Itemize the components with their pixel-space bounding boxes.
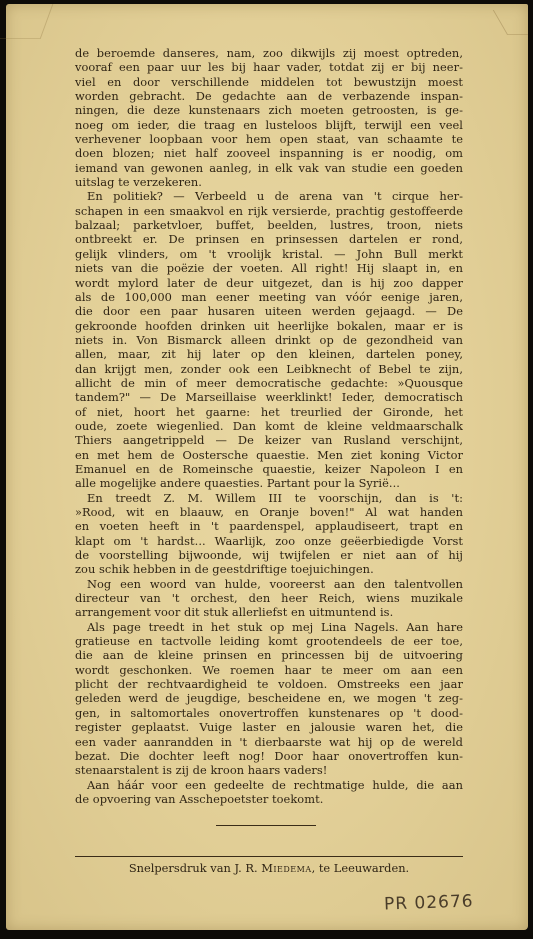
text-line: die door een paar husaren uiteen werden … bbox=[75, 304, 463, 318]
text-line: plicht der rechtvaardigheid te voldoen. … bbox=[75, 677, 463, 691]
text-line: iemand van gewonen aanleg, in elk vak va… bbox=[75, 161, 463, 175]
text-line: bezat. Die dochter leeft nog! Door haar … bbox=[75, 749, 463, 763]
text-line: niets in. Von Bismarck alleen drinkt op … bbox=[75, 333, 463, 347]
imprint-printer-name: Miedema bbox=[261, 861, 311, 875]
paragraph: Als page treedt in het stuk op mej Lina … bbox=[75, 620, 463, 778]
text-line: ontbreekt er. De prinsen en prinsessen d… bbox=[75, 232, 463, 246]
text-line: Emanuel en de Romeinsche quaestie, keize… bbox=[75, 462, 463, 476]
text-line: de voorstelling bijwoonde, wij twijfelen… bbox=[75, 548, 463, 562]
text-line: gekroonde hoofden drinken uit heerlijke … bbox=[75, 319, 463, 333]
text-line: oude, zoete wiegenlied. Dan komt de klei… bbox=[75, 419, 463, 433]
text-line: en voeten heeft in 't paardenspel, appla… bbox=[75, 519, 463, 533]
text-line: viel en door verschillende middelen tot … bbox=[75, 75, 463, 89]
text-line: Als page treedt in het stuk op mej Lina … bbox=[75, 620, 463, 634]
text-line: register geplaatst. Vuige laster en jalo… bbox=[75, 720, 463, 734]
text-line: stenaarstalent is zij de kroon haars vad… bbox=[75, 763, 463, 777]
paragraph: de beroemde danseres, nam, zoo dikwijls … bbox=[75, 46, 463, 189]
handwritten-shelfmark: PR 02676 bbox=[384, 891, 474, 914]
text-line: wordt geschonken. We roemen haar te meer… bbox=[75, 663, 463, 677]
body-text-column: de beroemde danseres, nam, zoo dikwijls … bbox=[75, 46, 463, 806]
paragraph: Aan háár voor een gedeelte de rechtmatig… bbox=[75, 778, 463, 807]
text-line: arrangement voor dit stuk allerliefst en… bbox=[75, 605, 463, 619]
text-line: die aan de kleine prinsen en princessen … bbox=[75, 648, 463, 662]
text-line: Thiers aangetrippeld — De keizer van Rus… bbox=[75, 433, 463, 447]
text-line: balzaal; parketvloer, buffet, beelden, l… bbox=[75, 218, 463, 232]
text-line: zou schik hebben in de geestdriftige toe… bbox=[75, 562, 463, 576]
text-line: en met hem de Oostersche quaestie. Men z… bbox=[75, 448, 463, 462]
text-line: schapen in een smaakvol en rijk versierd… bbox=[75, 204, 463, 218]
text-line: uitslag te verzekeren. bbox=[75, 175, 463, 189]
text-line: de opvoering van Asschepoetster toekomt. bbox=[75, 792, 463, 806]
text-line: gen, in saltomortales onovertroffen kuns… bbox=[75, 706, 463, 720]
imprint-suffix: , te Leeuwarden. bbox=[312, 861, 410, 875]
imprint-divider-rule bbox=[75, 856, 463, 857]
text-line: dan krijgt men, zonder ook een Leibknech… bbox=[75, 362, 463, 376]
paragraph: En treedt Z. M. Willem III te voorschijn… bbox=[75, 491, 463, 577]
text-line: wordt mylord later de deur uitgezet, dan… bbox=[75, 276, 463, 290]
text-line: gratieuse en tactvolle leiding komt groo… bbox=[75, 634, 463, 648]
text-line: noeg om ieder, die traag en lusteloos bl… bbox=[75, 118, 463, 132]
text-line: directeur van 't orchest, den heer Reich… bbox=[75, 591, 463, 605]
text-line: allicht de min of meer democratische ged… bbox=[75, 376, 463, 390]
text-line: »Rood, wit en blaauw, en Oranje boven!" … bbox=[75, 505, 463, 519]
text-line: alle mogelijke andere quaesties. Partant… bbox=[75, 476, 463, 490]
text-line: En politiek? — Verbeeld u de arena van '… bbox=[75, 189, 463, 203]
text-line: als de 100,000 man eener meeting van vóó… bbox=[75, 290, 463, 304]
text-line: verhevener loopbaan voor hem open staat,… bbox=[75, 132, 463, 146]
text-line: niets van die poëzie der voeten. All rig… bbox=[75, 261, 463, 275]
text-line: Nog een woord van hulde, vooreerst aan d… bbox=[75, 577, 463, 591]
text-line: tandem?" — De Marseillaise weerklinkt! I… bbox=[75, 390, 463, 404]
text-line: worden gebracht. De gedachte aan de verb… bbox=[75, 89, 463, 103]
text-line: klapt om 't hardst... Waarlijk, zoo onze… bbox=[75, 534, 463, 548]
text-line: geleden werd de jeugdige, bescheidene en… bbox=[75, 691, 463, 705]
text-line: ningen, die deze kunstenaars zich moeten… bbox=[75, 103, 463, 117]
text-line: Aan háár voor een gedeelte de rechtmatig… bbox=[75, 778, 463, 792]
text-line: doen blozen; niet half zooveel inspannin… bbox=[75, 146, 463, 160]
text-line: of niet, hoort het gaarne: het treurlied… bbox=[75, 405, 463, 419]
text-line: allen, maar, zit hij later op den kleine… bbox=[75, 347, 463, 361]
printer-imprint: Snelpersdruk van J. R. Miedema, te Leeuw… bbox=[75, 861, 463, 875]
section-divider-short bbox=[216, 825, 316, 826]
paragraph: Nog een woord van hulde, vooreerst aan d… bbox=[75, 577, 463, 620]
imprint-prefix: Snelpersdruk van J. R. bbox=[129, 861, 261, 875]
text-line: En treedt Z. M. Willem III te voorschijn… bbox=[75, 491, 463, 505]
text-line: de beroemde danseres, nam, zoo dikwijls … bbox=[75, 46, 463, 60]
text-line: gelijk vlinders, om 't vroolijk kristal.… bbox=[75, 247, 463, 261]
text-line: vooraf een paar uur les bij haar vader, … bbox=[75, 60, 463, 74]
paragraph: En politiek? — Verbeeld u de arena van '… bbox=[75, 189, 463, 490]
text-line: een vader aanrandden in 't dierbaarste w… bbox=[75, 735, 463, 749]
